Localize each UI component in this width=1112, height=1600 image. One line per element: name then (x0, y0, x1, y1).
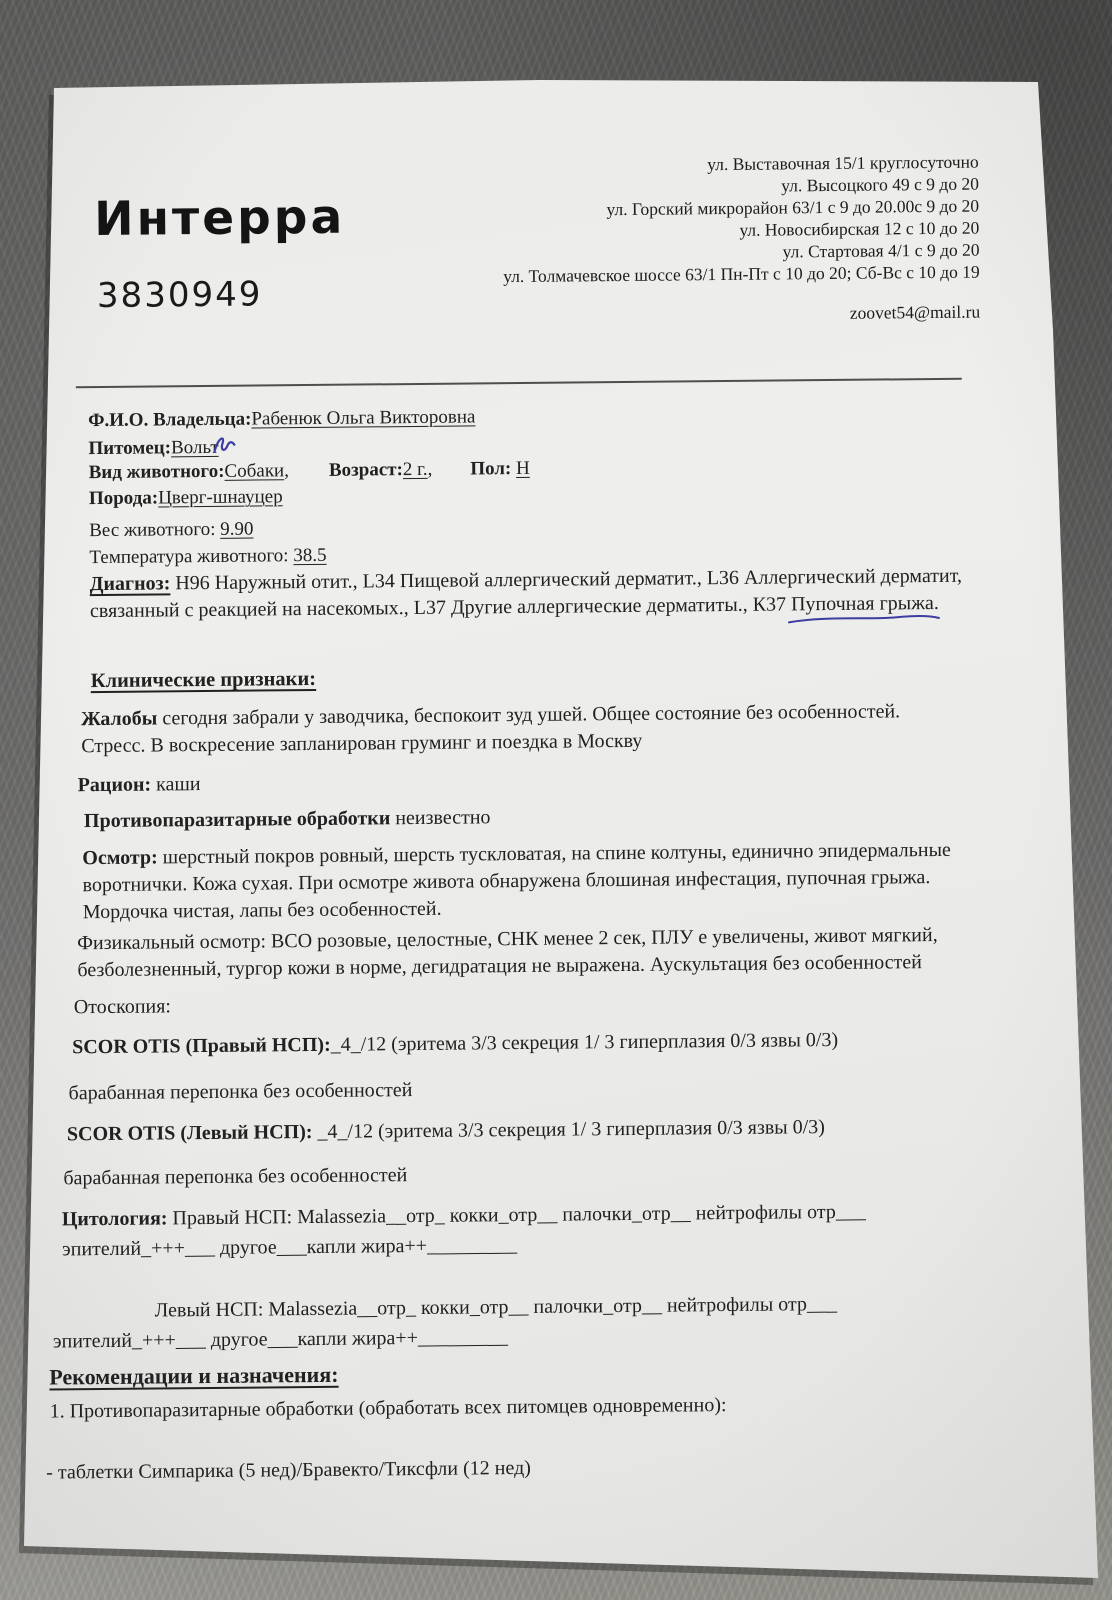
owner-name-value: Рабенюк Ольга Викторовна (251, 406, 475, 429)
exam-label: Осмотр: (82, 846, 158, 869)
diagnosis-highlight-text: Пупочная грыжа. (791, 592, 939, 615)
complaints-label: Жалобы (81, 707, 158, 730)
cytology-right-paragraph: Цитология: Правый НСП: Malassezia__отр_ … (62, 1196, 919, 1264)
complaints-text: сегодня забрали у заводчика, беспокоит з… (81, 700, 900, 757)
header-divider (76, 378, 962, 389)
breed-label: Порода: (89, 487, 158, 509)
temperature-label: Температура животного: (89, 545, 293, 568)
separator: , (427, 459, 432, 480)
weight-line: Вес животного: 9.90 (89, 517, 253, 545)
species-label: Вид животного: (89, 461, 225, 483)
temperature-line: Температура животного: 38.5 (89, 543, 326, 571)
clinic-logo: Интерра (94, 190, 345, 247)
clinical-signs-heading: Клинические признаки: (91, 668, 317, 693)
diet-label: Рацион: (78, 774, 152, 797)
otoscopy-label: Отоскопия: (74, 993, 171, 1021)
owner-name-line: Ф.И.О. Владельца:Рабенюк Ольга Викторовн… (88, 404, 475, 434)
scor-otis-left-label: SCOR OTIS (Левый НСП): (67, 1121, 313, 1145)
weight-label: Вес животного: (89, 519, 220, 541)
diagnosis-highlighted-phrase: Пупочная грыжа. (791, 592, 939, 615)
cytology-label: Цитология: (62, 1207, 168, 1230)
cytology-right-text: Правый НСП: Malassezia__отр_ кокки_отр__… (62, 1201, 866, 1261)
clinic-email: zoovet54@mail.ru (580, 302, 980, 327)
species-value: Собаки (224, 460, 284, 482)
sex-value: Н (516, 458, 530, 479)
handwritten-underline (787, 613, 941, 624)
clinic-address-line: ул. Толмачевское шоссе 63/1 Пн-Пт с 10 д… (375, 261, 980, 289)
cytology-left-paragraph: Левый НСП: Malassezia__отр_ кокки_отр__ … (53, 1288, 964, 1357)
recommendations-heading: Рекомендации и назначения: (49, 1362, 338, 1391)
scor-otis-left-line: SCOR OTIS (Левый НСП): _4_/12 (эритема 3… (67, 1113, 987, 1149)
breed-value: Цверг-шнауцер (158, 486, 283, 508)
exam-text: шерстный покров ровный, шерсть тускловат… (83, 839, 951, 923)
exam-paragraph: Осмотр: шерстный покров ровный, шерсть т… (82, 837, 975, 927)
tympanic-membrane-left: барабанная перепонка без особенностей (63, 1162, 407, 1192)
scor-otis-left-value: _4_/12 (эритема 3/3 секреция 1/ 3 гиперп… (312, 1116, 825, 1143)
physical-exam-paragraph: Физикальный осмотр: ВСО розовые, целостн… (77, 922, 969, 985)
species-age-sex-line: Вид животного:Собаки,Возраст:2 г.,Пол: Н (89, 456, 530, 486)
antiparasitic-label: Противопаразитарные обработки (84, 807, 391, 832)
diet-value: каши (151, 773, 201, 795)
antiparasitic-value: неизвестно (390, 806, 490, 829)
handwritten-pen-mark (212, 433, 238, 457)
clinic-address-block: ул. Выставочная 15/1 круглосуточно ул. В… (374, 151, 980, 289)
owner-name-label: Ф.И.О. Владельца: (88, 409, 251, 432)
temperature-value: 38.5 (293, 545, 326, 566)
diagnosis-paragraph: Диагноз: Н96 Наружный отит., L34 Пищевой… (90, 563, 974, 625)
weight-value: 9.90 (220, 519, 253, 540)
diet-line: Рацион: каши (78, 771, 201, 799)
antiparasitic-line: Противопаразитарные обработки неизвестно (84, 804, 491, 835)
scor-otis-right-value: _4_/12 (эритема 3/3 секреция 1/ 3 гиперп… (331, 1029, 839, 1056)
pet-name-line: Питомец:Вольт (88, 433, 238, 462)
recommendation-item-2: - таблетки Симпарика (5 нед)/Бравекто/Ти… (46, 1451, 966, 1487)
diagnosis-label: Диагноз: (90, 572, 171, 595)
age-value: 2 г. (403, 459, 428, 480)
tympanic-membrane-right: барабанная перепонка без особенностей (68, 1077, 412, 1107)
pet-name-label: Питомец: (88, 437, 171, 459)
breed-line: Порода:Цверг-шнауцер (89, 484, 283, 512)
complaints-paragraph: Жалобы сегодня забрали у заводчика, бесп… (81, 698, 967, 761)
age-label: Возраст: (329, 459, 403, 481)
scor-otis-right-line: SCOR OTIS (Правый НСП):_4_/12 (эритема 3… (72, 1025, 992, 1061)
photographed-document-scene: Интерра 3830949 ул. Выставочная 15/1 кру… (0, 0, 1112, 1600)
recommendation-item-1: 1. Противопаразитарные обработки (обрабо… (50, 1390, 970, 1426)
sex-label: Пол: (470, 458, 511, 479)
scor-otis-right-label: SCOR OTIS (Правый НСП): (72, 1034, 331, 1058)
clinic-phone: 3830949 (97, 274, 263, 316)
separator: , (284, 460, 289, 481)
document-content: Интерра 3830949 ул. Выставочная 15/1 кру… (0, 0, 1112, 1600)
